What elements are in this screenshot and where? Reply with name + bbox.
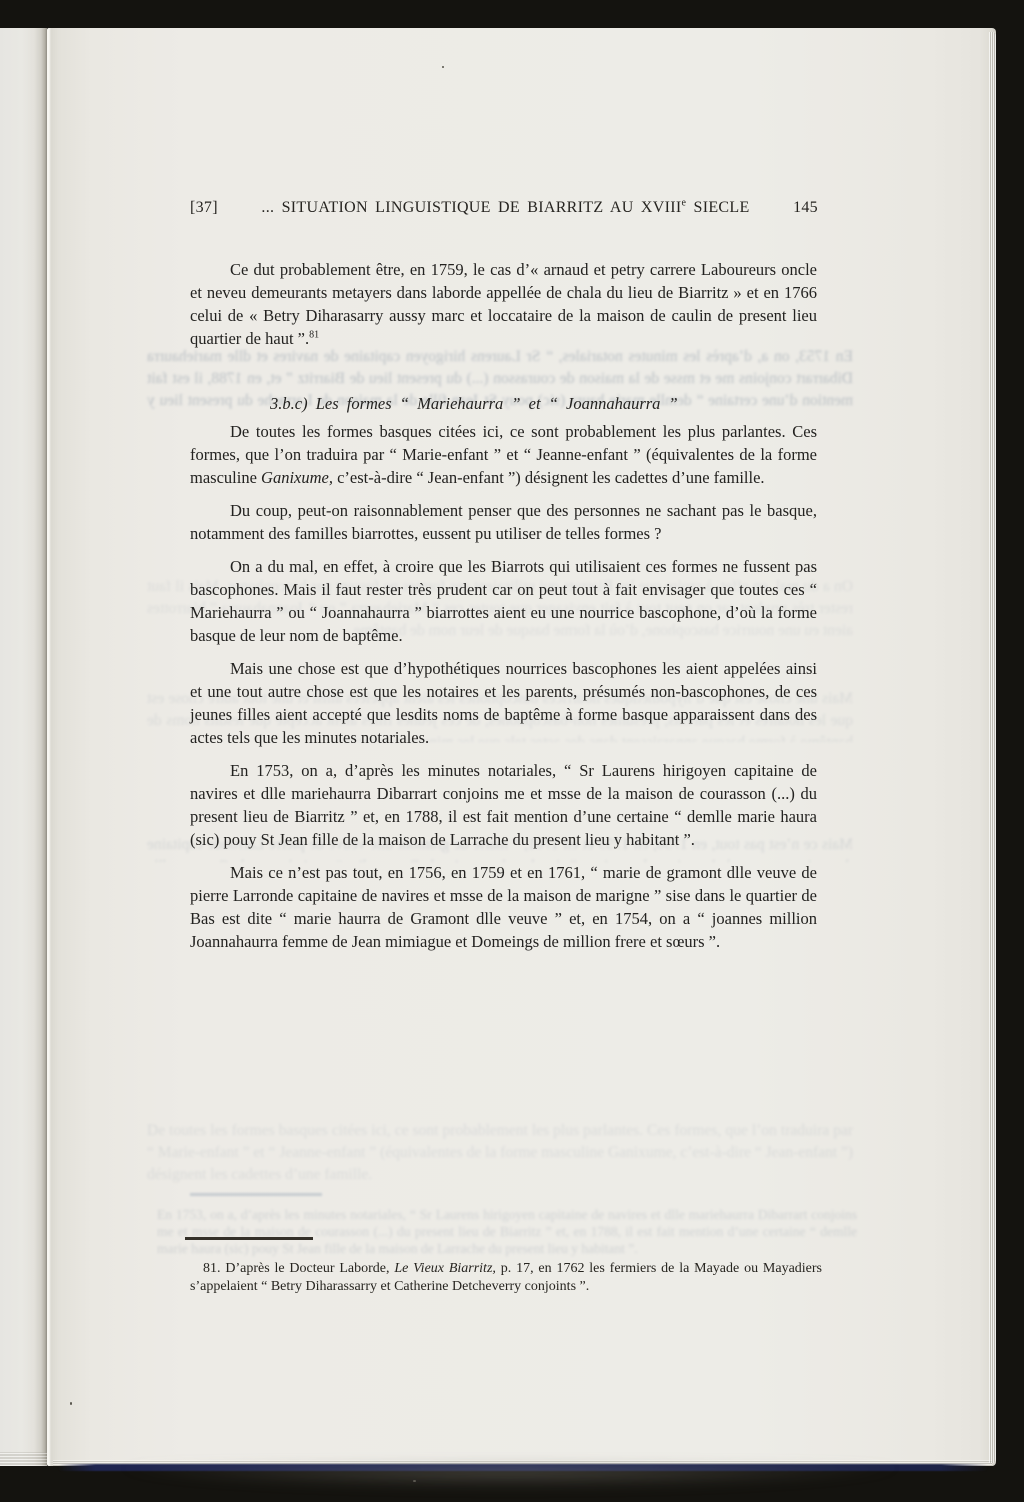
text-segment: Du coup, peut-on raisonnablement penser … bbox=[190, 501, 817, 543]
text-segment: Ce dut probablement être, en 1759, le ca… bbox=[190, 260, 817, 348]
bleedthrough-rule bbox=[190, 1193, 322, 1196]
text-segment: On a du mal, en effet, à croire que les … bbox=[190, 557, 817, 645]
left-page-edge bbox=[0, 28, 47, 1466]
paragraph: Du coup, peut-on raisonnablement penser … bbox=[190, 499, 817, 545]
footnote: 81. D’après le Docteur Laborde, Le Vieux… bbox=[190, 1260, 822, 1296]
italic-text: 3.b.c) Les formes “ Mariehaurra ” et “ J… bbox=[270, 394, 678, 413]
italic-text: Le Vieux Biarritz, bbox=[394, 1261, 496, 1276]
running-title-text: ... SITUATION LINGUISTIQUE DE BIARRITZ A… bbox=[261, 199, 681, 216]
paragraph: Mais ce n’est pas tout, en 1756, en 1759… bbox=[190, 861, 817, 953]
footnote-reference: 81 bbox=[309, 330, 319, 341]
italic-text: Ganixume, bbox=[261, 468, 333, 487]
text-block: Ce dut probablement être, en 1759, le ca… bbox=[190, 258, 817, 963]
dust-speck bbox=[70, 1402, 72, 1405]
footnote-rule bbox=[185, 1237, 313, 1240]
margin-reference: [37] bbox=[190, 199, 218, 217]
bleedthrough-text: De toutes les formes basques citées ici,… bbox=[147, 1120, 853, 1196]
paragraph: En 1753, on a, d’après les minutes notar… bbox=[190, 759, 817, 851]
page-number: 145 bbox=[793, 199, 818, 217]
section-heading: 3.b.c) Les formes “ Mariehaurra ” et “ J… bbox=[190, 392, 817, 415]
dust-speck bbox=[442, 66, 444, 68]
page-header: [37] ... SITUATION LINGUISTIQUE DE BIARR… bbox=[190, 199, 818, 217]
paragraph: Mais une chose est que d’hypothétiques n… bbox=[190, 657, 817, 749]
text-segment: 81. D’après le Docteur Laborde, bbox=[203, 1261, 394, 1276]
paragraph: De toutes les formes basques citées ici,… bbox=[190, 420, 817, 489]
text-segment: c’est-à-dire “ Jean-enfant ”) désignent … bbox=[333, 468, 765, 487]
book-page: En 1753, on a, d’après les minutes notar… bbox=[47, 28, 996, 1466]
paragraph: On a du mal, en effet, à croire que les … bbox=[190, 555, 817, 647]
text-segment: En 1753, on a, d’après les minutes notar… bbox=[190, 761, 817, 849]
running-title-suffix: SIECLE bbox=[686, 199, 749, 216]
bleedthrough-text: En 1753, on a, d’après les minutes notar… bbox=[157, 1206, 857, 1258]
paragraph: Ce dut probablement être, en 1759, le ca… bbox=[190, 258, 817, 350]
text-segment: Mais une chose est que d’hypothétiques n… bbox=[190, 659, 817, 747]
running-title: ... SITUATION LINGUISTIQUE DE BIARRITZ A… bbox=[261, 199, 749, 217]
page-shadow bbox=[30, 1466, 990, 1496]
book-scan: En 1753, on a, d’après les minutes notar… bbox=[0, 0, 1024, 1502]
text-segment: Mais ce n’est pas tout, en 1756, en 1759… bbox=[190, 863, 817, 951]
